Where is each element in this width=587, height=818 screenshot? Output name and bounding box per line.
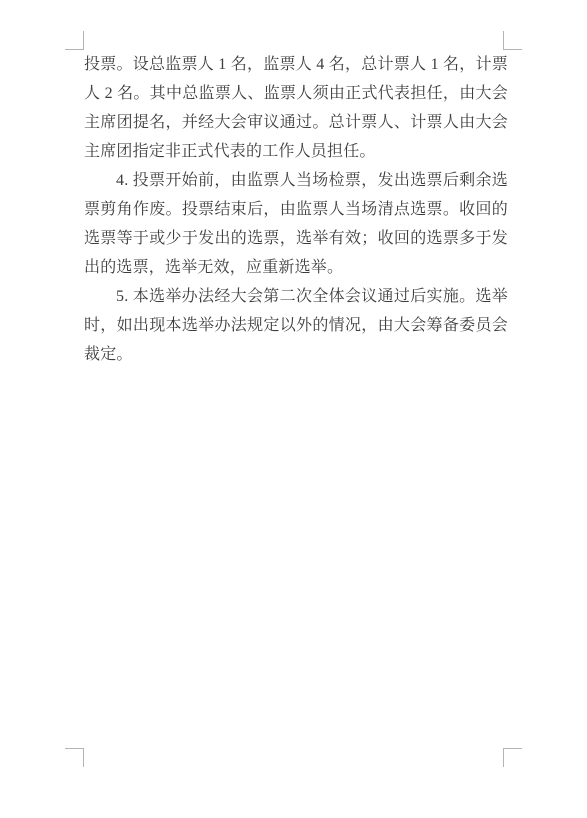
crop-mark-top-left: [65, 31, 84, 50]
text-line-p1-2: 人 2 名。其中总监票人、监票人须由正式代表担任，由大会: [84, 79, 508, 108]
text-line-p2-1: 4. 投票开始前，由监票人当场检票，发出选票后剩余选: [84, 166, 508, 195]
text-line-p3-2: 时，如出现本选举办法规定以外的情况，由大会筹备委员会: [84, 311, 508, 340]
text-line-p1-1: 投票。设总监票人 1 名，监票人 4 名，总计票人 1 名，计票: [84, 50, 508, 79]
text-line-p1-3: 主席团提名，并经大会审议通过。总计票人、计票人由大会: [84, 108, 508, 137]
crop-mark-top-right: [503, 31, 522, 50]
text-line-p3-3: 裁定。: [84, 340, 508, 369]
document-text: 投票。设总监票人 1 名，监票人 4 名，总计票人 1 名，计票人 2 名。其中…: [84, 50, 508, 369]
crop-mark-bottom-left: [65, 748, 84, 767]
text-line-p2-2: 票剪角作废。投票结束后，由监票人当场清点选票。收回的: [84, 195, 508, 224]
document-page: 投票。设总监票人 1 名，监票人 4 名，总计票人 1 名，计票人 2 名。其中…: [0, 0, 587, 818]
text-line-p2-3: 选票等于或少于发出的选票，选举有效；收回的选票多于发: [84, 224, 508, 253]
text-line-p1-4: 主席团指定非正式代表的工作人员担任。: [84, 137, 508, 166]
crop-mark-bottom-right: [503, 748, 522, 767]
text-line-p2-4: 出的选票，选举无效，应重新选举。: [84, 253, 508, 282]
text-line-p3-1: 5. 本选举办法经大会第二次全体会议通过后实施。选举: [84, 282, 508, 311]
